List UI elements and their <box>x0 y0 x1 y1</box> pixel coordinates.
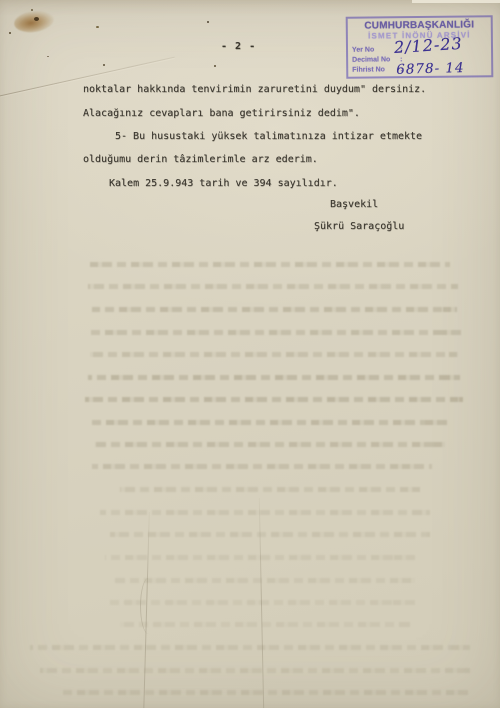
handwritten-fihrist-no-value: 6878- 14 <box>396 60 465 78</box>
bleed-through-line <box>105 555 415 560</box>
bleed-through-line <box>88 284 458 289</box>
bleed-through-line <box>115 578 415 583</box>
body-line: Alacağınız cevapları bana getirirsiniz d… <box>83 108 360 119</box>
fold-crease <box>143 512 150 708</box>
bleed-through-line <box>40 668 470 673</box>
scan-edge-highlight <box>412 0 500 3</box>
paper-speck <box>31 9 33 11</box>
bleed-through-line <box>95 442 445 447</box>
body-line: Kalem 25.9.943 tarih ve 394 sayılıdır. <box>109 178 338 189</box>
paper-speck <box>96 26 99 28</box>
paper-speck <box>47 56 49 57</box>
signature-name: Şükrü Saraçoğlu <box>314 221 404 232</box>
page-number: - 2 - <box>221 41 256 52</box>
paper-speck <box>207 21 209 23</box>
bleed-through-line <box>110 600 420 605</box>
bleed-through-line <box>90 262 450 267</box>
scanned-document-page: CUMHURBAŞKANLIĞI İSMET İNÖNÜ ARŞİVİ Yer … <box>0 0 500 708</box>
signature-title: Başvekil <box>330 199 378 210</box>
stamp-field-decimal-no: Decimal No: <box>352 56 402 64</box>
stamp-field-label: Yer No <box>352 46 400 54</box>
bleed-through-line <box>100 510 430 515</box>
archive-stamp: CUMHURBAŞKANLIĞI İSMET İNÖNÜ ARŞİVİ Yer … <box>346 15 494 79</box>
bleed-through-line <box>92 307 457 312</box>
bleed-through-line <box>92 464 432 469</box>
handwritten-yer-no-value: 2/12-23 <box>393 34 463 57</box>
paper-stain <box>13 8 56 34</box>
stamp-field-fihrist-no: Fihrist No: <box>352 66 402 74</box>
paper-speck <box>214 65 216 67</box>
paper-stain-core <box>34 17 39 21</box>
bleed-through-line <box>85 397 463 402</box>
paper-speck <box>103 64 105 66</box>
stamp-field-label: Decimal No <box>352 56 400 64</box>
body-line: 5- Bu husustaki yüksek talimatınıza inti… <box>115 131 422 142</box>
bleed-through-line <box>90 352 458 357</box>
bleed-through-line <box>90 420 450 425</box>
body-line: noktalar hakkında tenvirimin zaruretini … <box>83 84 426 95</box>
body-line: olduğumu derin tâzimlerimle arz ederim. <box>83 154 318 165</box>
bleed-through-line <box>120 622 410 627</box>
paper-speck <box>9 32 11 34</box>
bleed-through-line <box>110 532 430 537</box>
bleed-through-line <box>120 487 420 492</box>
bleed-through-line <box>88 375 460 380</box>
bleed-through-line <box>30 645 470 650</box>
stamp-field-label: Fihrist No <box>352 66 400 74</box>
bleed-through-line <box>60 690 470 695</box>
bleed-through-line <box>86 330 461 335</box>
